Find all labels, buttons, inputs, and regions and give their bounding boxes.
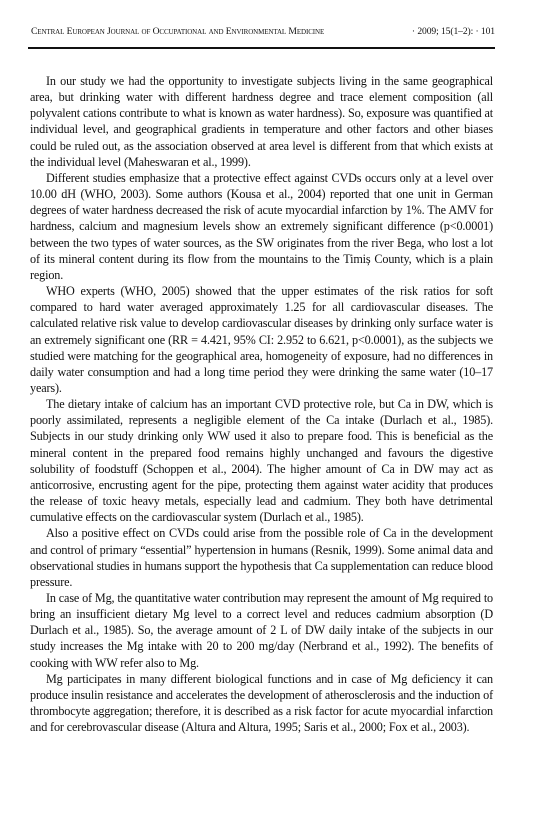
paragraph: Mg participates in many different biolog… xyxy=(30,671,493,736)
paragraph: The dietary intake of calcium has an imp… xyxy=(30,396,493,525)
header-rule xyxy=(28,47,495,49)
paragraph: WHO experts (WHO, 2005) showed that the … xyxy=(30,283,493,396)
citation: · 2009; 15(1–2): · 101 xyxy=(412,26,495,37)
paragraph: Different studies emphasize that a prote… xyxy=(30,170,493,283)
journal-title: Central European Journal of Occupational… xyxy=(31,26,324,37)
paragraph: In our study we had the opportunity to i… xyxy=(30,73,493,170)
paragraph: In case of Mg, the quantitative water co… xyxy=(30,590,493,671)
running-header: Central European Journal of Occupational… xyxy=(31,26,495,37)
paragraph: Also a positive effect on CVDs could ari… xyxy=(30,525,493,590)
article-body: In our study we had the opportunity to i… xyxy=(30,73,493,735)
